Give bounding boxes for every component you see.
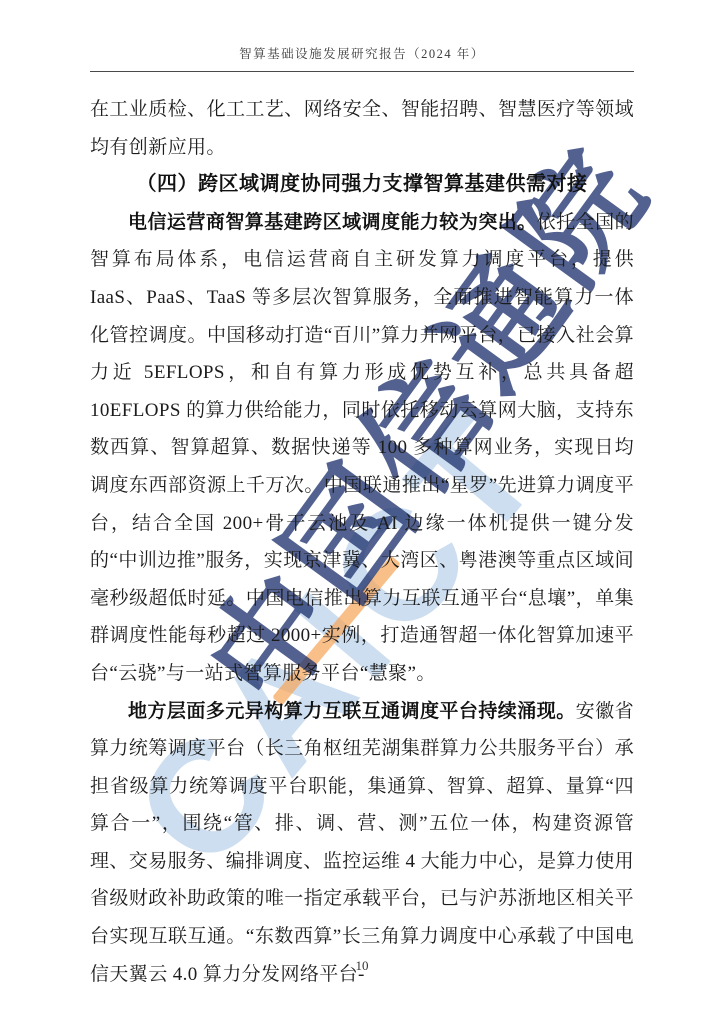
report-page: CAICT 中国信通院 智算基础设施发展研究报告（2024 年） 在工业质检、化… (0, 0, 724, 1024)
section-heading: （四）跨区域调度协同强力支撑智算基建供需对接 (90, 166, 634, 204)
paragraph-lead-sentence: 地方层面多元异构算力互联互通调度平台持续涌现。 (128, 701, 576, 722)
report-title: 智算基础设施发展研究报告（2024 年） (239, 47, 485, 61)
document-body: 在工业质检、化工工艺、网络安全、智能招聘、智慧医疗等领域均有创新应用。 （四）跨… (90, 91, 634, 993)
page-content: 智算基础设施发展研究报告（2024 年） 在工业质检、化工工艺、网络安全、智能招… (0, 0, 724, 993)
page-number: 10 (0, 958, 724, 974)
intro-paragraph: 在工业质检、化工工艺、网络安全、智能招聘、智慧医疗等领域均有创新应用。 (90, 91, 634, 166)
running-header: 智算基础设施发展研究报告（2024 年） (90, 44, 634, 72)
paragraph-telecom-operators: 电信运营商智算基建跨区域调度能力较为突出。依托全国的智算布局体系，电信运营商自主… (90, 204, 634, 693)
paragraph-lead-sentence: 电信运营商智算基建跨区域调度能力较为突出。 (128, 212, 537, 233)
paragraph-body-text: 安徽省算力统筹调度平台（长三角枢纽芜湖集群算力公共服务平台）承担省级算力统筹调度… (90, 701, 634, 985)
paragraph-local-platforms: 地方层面多元异构算力互联互通调度平台持续涌现。安徽省算力统筹调度平台（长三角枢纽… (90, 693, 634, 994)
paragraph-body-text: 依托全国的智算布局体系，电信运营商自主研发算力调度平台，提供 IaaS、PaaS… (90, 212, 634, 684)
